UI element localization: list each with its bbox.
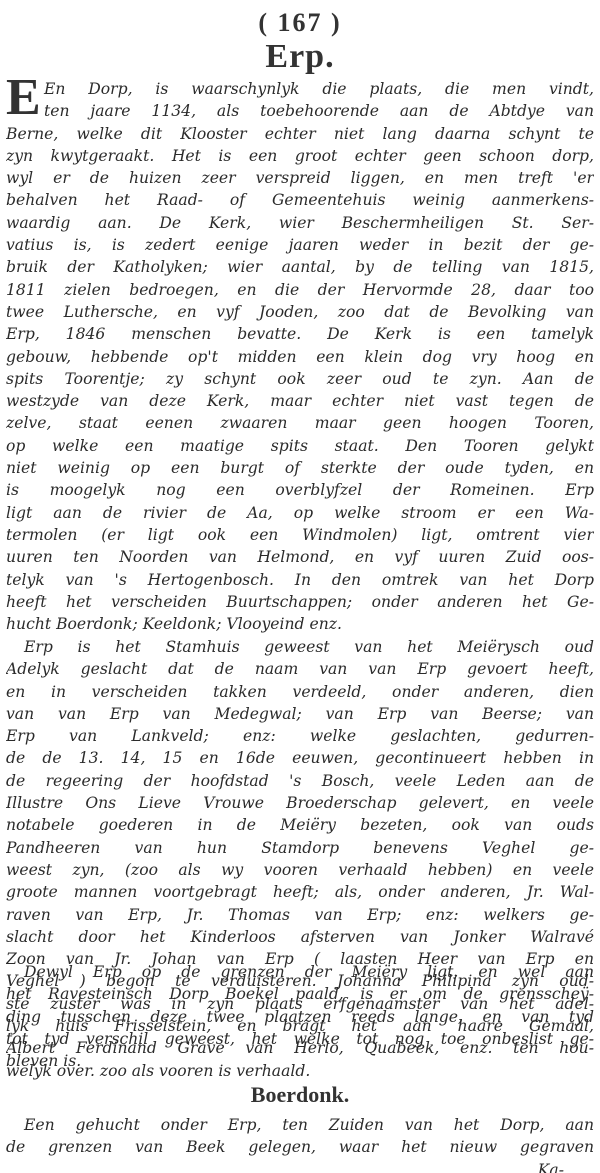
text-line: Pandheeren van hun Stamdorp benevens Veg… (6, 837, 594, 859)
text-line: wyl er de huizen zeer verspreid liggen, … (6, 167, 594, 189)
text-line: En Dorp, is waarschynlyk die plaats, die… (6, 78, 594, 100)
text-line: groote mannen voortgebragt heeft; als, o… (6, 881, 594, 903)
text-line: Adelyk geslacht dat de naam van van Erp … (6, 658, 594, 680)
page-number: ( 167 ) (0, 8, 600, 38)
text-line: termolen (er ligt ook een Windmolen) lig… (6, 524, 594, 546)
text-line: heeft het verscheiden Buurtschappen; ond… (6, 591, 594, 613)
text-line: bleven is. (6, 1050, 594, 1072)
paragraph-erp-border: Dewyl Erp op de grenzen der Meiëry ligt,… (6, 961, 594, 1072)
text-line: zyn kwytgeraakt. Het is een groot echter… (6, 145, 594, 167)
text-line: raven van Erp, Jr. Thomas van Erp; enz: … (6, 904, 594, 926)
text-line: slacht door het Kinderloos afsterven van… (6, 926, 594, 948)
text-line: westzyde van deze Kerk, maar echter niet… (6, 390, 594, 412)
text-line: het Ravesteinsch Dorp Boekel paald, is e… (6, 983, 594, 1005)
text-line: twee Luthersche, en vyf Jooden, zoo dat … (6, 301, 594, 323)
text-line: van van Erp van Medegwal; van Erp van Be… (6, 703, 594, 725)
text-line: hucht Boerdonk; Keeldonk; Vlooyeind enz. (6, 613, 594, 635)
text-line: gebouw, hebbende op't midden een klein d… (6, 346, 594, 368)
text-line: 1811 zielen bedroegen, en die der Hervor… (6, 279, 594, 301)
paragraph-erp-description: En Dorp, is waarschynlyk die plaats, die… (6, 78, 594, 635)
text-line: Een gehucht onder Erp, ten Zuiden van he… (6, 1114, 594, 1136)
text-line: ding tusschen deze twee plaatzen reeds l… (6, 1006, 594, 1028)
text-line: de de 13. 14, 15 en 16de eeuwen, geconti… (6, 747, 594, 769)
text-line: niet weinig op een burgt of sterkte der … (6, 457, 594, 479)
text-line: spits Toorentje; zy schynt ook zeer oud … (6, 368, 594, 390)
text-line: notabele goederen in de Meiëry bezeten, … (6, 814, 594, 836)
text-line: waardig aan. De Kerk, wier Beschermheili… (6, 212, 594, 234)
page-title: Erp. (0, 38, 600, 76)
section-heading-boerdonk: Boerdonk. (0, 1082, 600, 1108)
text-line: tot tyd verschil geweest, het welke tot … (6, 1028, 594, 1050)
text-line: Erp, 1846 menschen bevatte. De Kerk is e… (6, 323, 594, 345)
text-line: is moogelyk nog een overblyfzel der Rome… (6, 479, 594, 501)
text-line: weest zyn, (zoo als wy vooren verhaald h… (6, 859, 594, 881)
text-line: uuren ten Noorden van Helmond, en vyf uu… (6, 546, 594, 568)
text-line: Illustre Ons Lieve Vrouwe Broederschap g… (6, 792, 594, 814)
text-line: zelve, staat eenen zwaaren maar geen hoo… (6, 412, 594, 434)
text-line: de regeering der hoofdstad 's Bosch, vee… (6, 770, 594, 792)
text-line: Dewyl Erp op de grenzen der Meiëry ligt,… (6, 961, 594, 983)
text-line: bruik der Katholyken; wier aantal, by de… (6, 256, 594, 278)
text-line: Berne, welke dit Klooster echter niet la… (6, 123, 594, 145)
paragraph-boerdonk: Een gehucht onder Erp, ten Zuiden van he… (6, 1114, 594, 1173)
text-line: ten jaare 1134, als toebehoorende aan de… (6, 100, 594, 122)
text-line: ligt aan de rivier de Aa, op welke stroo… (6, 502, 594, 524)
text-line: en in verscheiden takken verdeeld, onder… (6, 681, 594, 703)
catchword: Ka- (6, 1159, 594, 1173)
text-line: de grenzen van Beek gelegen, waar het ni… (6, 1136, 594, 1158)
text-line: Erp is het Stamhuis geweest van het Meië… (6, 636, 594, 658)
text-line: telyk van 's Hertogenbosch. In den omtre… (6, 569, 594, 591)
text-line: op welke een maatige spits staat. Den To… (6, 435, 594, 457)
text-line: Erp van Lankveld; enz: welke geslachten,… (6, 725, 594, 747)
text-line: behalven het Raad- of Gemeentehuis weini… (6, 189, 594, 211)
text-line: vatius is, is zedert eenige jaaren weder… (6, 234, 594, 256)
